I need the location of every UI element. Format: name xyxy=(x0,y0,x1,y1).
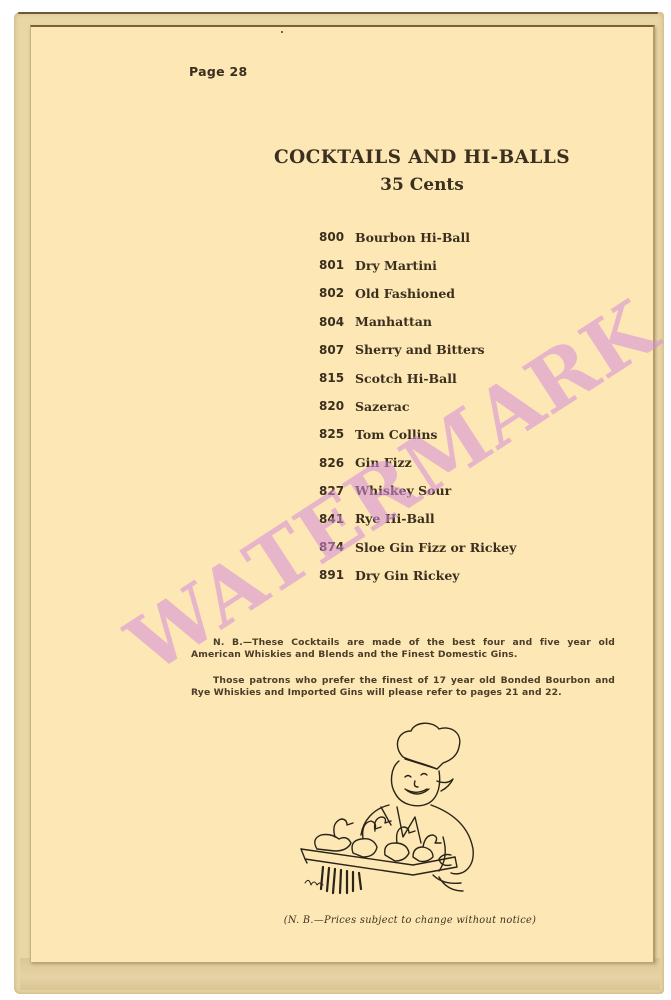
section-heading: COCKTAILS AND HI-BALLS xyxy=(111,147,671,168)
list-item: 874Sloe Gin Fizz or Rickey xyxy=(319,533,516,561)
list-item: 826Gin Fizz xyxy=(319,449,516,477)
menu-page: Page 28 COCKTAILS AND HI-BALLS 35 Cents … xyxy=(30,25,655,962)
item-code: 841 xyxy=(319,512,353,526)
list-item: 820Sazerac xyxy=(319,392,516,420)
scanned-menu-page: Page 28 COCKTAILS AND HI-BALLS 35 Cents … xyxy=(0,0,671,1000)
item-code: 827 xyxy=(319,484,353,498)
list-item: 891Dry Gin Rickey xyxy=(319,561,516,589)
item-code: 826 xyxy=(319,456,353,470)
paper-speck xyxy=(281,31,283,33)
price-disclaimer: (N. B.—Prices subject to change without … xyxy=(99,915,671,926)
list-item: 825Tom Collins xyxy=(319,420,516,448)
item-name: Dry Gin Rickey xyxy=(353,568,460,583)
item-code: 820 xyxy=(319,399,353,413)
item-name: Manhattan xyxy=(353,314,432,329)
item-code: 801 xyxy=(319,258,353,272)
item-name: Sherry and Bitters xyxy=(353,342,485,357)
price-subheading: 35 Cents xyxy=(111,175,671,195)
list-item: 827Whiskey Sour xyxy=(319,477,516,505)
cover-bottom-edge xyxy=(20,958,660,990)
item-code: 807 xyxy=(319,343,353,357)
list-item: 841Rye Hi-Ball xyxy=(319,505,516,533)
list-item: 807Sherry and Bitters xyxy=(319,336,516,364)
list-item: 802Old Fashioned xyxy=(319,279,516,307)
item-code: 802 xyxy=(319,286,353,300)
list-item: 801Dry Martini xyxy=(319,251,516,279)
item-name: Rye Hi-Ball xyxy=(353,511,435,526)
item-name: Bourbon Hi-Ball xyxy=(353,230,470,245)
item-code: 804 xyxy=(319,315,353,329)
item-code: 800 xyxy=(319,230,353,244)
premium-reference-note: Those patrons who prefer the finest of 1… xyxy=(191,675,615,698)
item-name: Sazerac xyxy=(353,399,409,414)
item-name: Gin Fizz xyxy=(353,455,412,470)
item-name: Whiskey Sour xyxy=(353,483,451,498)
item-code: 891 xyxy=(319,568,353,582)
item-name: Sloe Gin Fizz or Rickey xyxy=(353,540,516,555)
item-name: Dry Martini xyxy=(353,258,437,273)
list-item: 800Bourbon Hi-Ball xyxy=(319,223,516,251)
cocktail-list: 800Bourbon Hi-Ball 801Dry Martini 802Old… xyxy=(319,223,516,589)
item-name: Tom Collins xyxy=(353,427,437,442)
item-code: 815 xyxy=(319,371,353,385)
list-item: 815Scotch Hi-Ball xyxy=(319,364,516,392)
page-number: Page 28 xyxy=(189,64,248,79)
quality-note: N. B.—These Cocktails are made of the be… xyxy=(191,637,615,660)
item-name: Scotch Hi-Ball xyxy=(353,371,457,386)
item-code: 874 xyxy=(319,540,353,554)
chef-illustration-icon xyxy=(293,717,483,897)
item-code: 825 xyxy=(319,427,353,441)
item-name: Old Fashioned xyxy=(353,286,455,301)
list-item: 804Manhattan xyxy=(319,308,516,336)
